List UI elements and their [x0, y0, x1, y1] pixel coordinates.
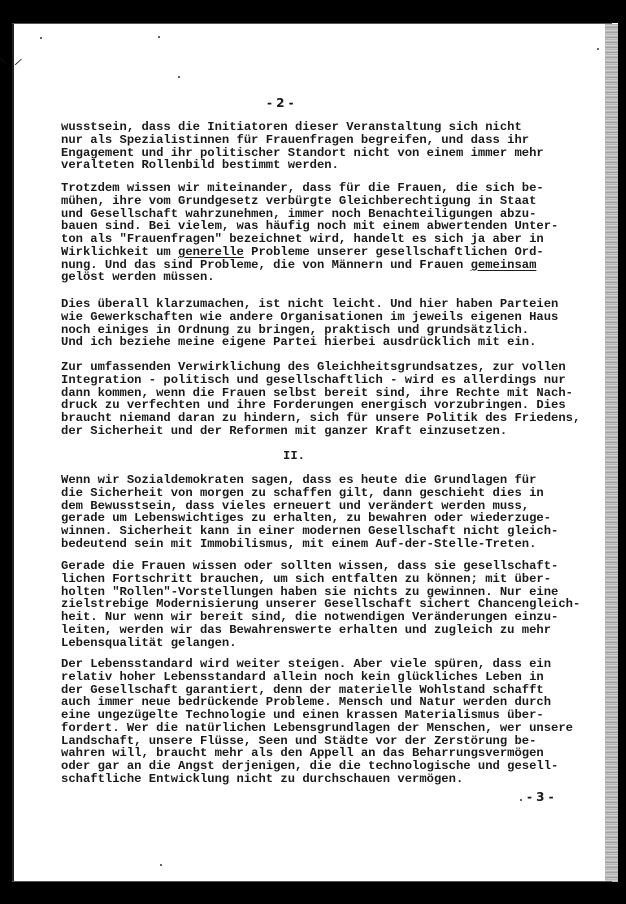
text-line: mühen, ihre vom Grundgesetz verbürgte Gl… — [61, 195, 558, 208]
text-line: veralteten Rollenbild bestimmt werden. — [61, 159, 544, 172]
text-line: Der Lebensstandard wird weiter steigen. … — [61, 658, 573, 671]
paragraph-3: Dies überall klarzumachen, ist nicht lei… — [61, 298, 558, 349]
text-line: Wenn wir Sozialdemokraten sagen, dass es… — [61, 474, 558, 487]
text-line: eine ungezügelte Technologie und einen k… — [61, 709, 573, 722]
text-line: relativ hoher Lebensstandard allein noch… — [61, 671, 573, 684]
scan-speck — [160, 864, 162, 866]
text-line: braucht niemand daran zu hindern, sich f… — [61, 412, 580, 425]
paragraph-1: wusstsein, dass die Initiatoren dieser V… — [61, 121, 544, 172]
text-line: heit. Nur wenn wir bereit sind, die notw… — [61, 611, 580, 624]
text-line: Zur umfassenden Verwirklichung des Gleic… — [61, 361, 580, 374]
paragraph-2: Trotzdem wissen wir miteinander, dass fü… — [61, 182, 558, 284]
page-bottom-edge — [12, 881, 612, 882]
text-line: leiten, werden wir das Bewahrenswerte er… — [61, 624, 580, 637]
page-right-edge — [605, 24, 618, 882]
text-line: ton als "Frauenfragen" bezeichnet wird, … — [61, 233, 558, 246]
paragraph-5: Wenn wir Sozialdemokraten sagen, dass es… — [61, 474, 558, 551]
page-left-edge — [12, 23, 14, 882]
text-line: die Sicherheit von morgen zu schaffen gi… — [61, 487, 558, 500]
text-line: wie Gewerkschaften wie andere Organisati… — [61, 311, 558, 324]
text-line: Trotzdem wissen wir miteinander, dass fü… — [61, 182, 558, 195]
section-heading: II. — [283, 449, 305, 463]
text-line: winnen. Sicherheit kann in einer moderne… — [61, 525, 558, 538]
text-line: fordert. Wer die natürlichen Lebensgrund… — [61, 722, 573, 735]
underlined-word: gemeinsam — [471, 258, 537, 272]
text-line: der Sicherheit und der Reformen mit ganz… — [61, 425, 580, 438]
paragraph-6: Gerade die Frauen wissen oder sollten wi… — [61, 560, 580, 649]
text-line: Dies überall klarzumachen, ist nicht lei… — [61, 298, 558, 311]
page-number-footer: - 3 - — [527, 790, 554, 804]
paragraph-4: Zur umfassenden Verwirklichung des Gleic… — [61, 361, 580, 438]
text-line: Integration - politisch und gesellschaft… — [61, 374, 580, 387]
text-line: nur als Spezialistinnen für Frauenfragen… — [61, 134, 544, 147]
text-line: Und ich beziehe meine eigene Partei hier… — [61, 336, 558, 349]
text-line: bedeutend sein mit Immobilismus, mit ein… — [61, 538, 558, 551]
text-line: lichen Fortschritt brauchen, um sich ent… — [61, 573, 580, 586]
scan-speck — [40, 37, 42, 39]
scan-speck — [158, 36, 160, 38]
scan-speck — [520, 799, 522, 801]
text-line: schaftliche Entwicklung nicht zu durchsc… — [61, 773, 573, 786]
underlined-word: generelle — [178, 245, 244, 259]
paragraph-7: Der Lebensstandard wird weiter steigen. … — [61, 658, 573, 786]
text-line: gelöst werden müssen. — [61, 271, 558, 284]
page-number-header: - 2 - — [267, 96, 294, 110]
text-line: Lebensqualität gelangen. — [61, 637, 580, 650]
scan-speck — [597, 48, 599, 50]
text-line: wusstsein, dass die Initiatoren dieser V… — [61, 121, 544, 134]
text-line: Gerade die Frauen wissen oder sollten wi… — [61, 560, 580, 573]
text-line: oder gar an die Angst derjenigen, die di… — [61, 760, 573, 773]
scan-speck — [178, 76, 180, 78]
page-top-edge — [12, 23, 612, 24]
